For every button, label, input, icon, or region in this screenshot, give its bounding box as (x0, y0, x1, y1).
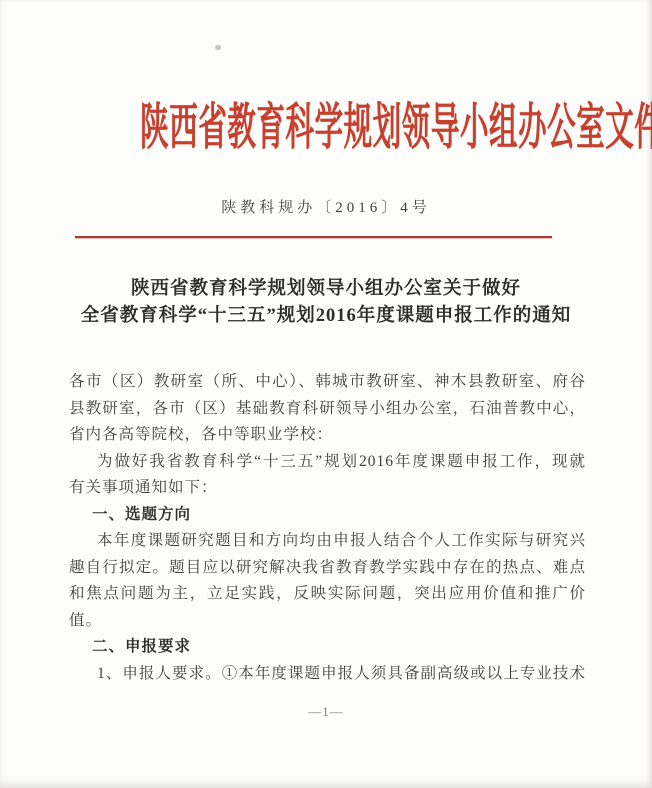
body-line: 有关事项通知如下： (69, 475, 586, 502)
document-header-banner: 陕西省教育科学规划领导小组办公室文件 (140, 99, 512, 155)
section-heading: 一、选题方向 (69, 502, 586, 529)
section-heading: 二、申报要求 (69, 634, 586, 661)
body-line: 省内各高等院校，各中等职业学校： (69, 422, 586, 449)
page-number: —1— (0, 704, 652, 720)
body-line: 1、申报人要求。①本年度课题申报人须具备副高级或以上专业技术 (69, 661, 586, 688)
body-line: 和焦点问题为主，立足实践，反映实际问题，突出应用价值和推广价 (69, 581, 586, 608)
body-line: 各市（区）教研室（所、中心）、韩城市教研室、神木县教研室、府谷 (69, 369, 586, 396)
document-title-line-2: 全省教育科学“十三五”规划2016年度课题申报工作的通知 (0, 303, 652, 330)
document-number: 陕教科规办〔2016〕4号 (0, 198, 652, 218)
scanned-document-page: 陕西省教育科学规划领导小组办公室文件 陕教科规办〔2016〕4号 陕西省教育科学… (0, 0, 652, 788)
body-line: 为做好我省教育科学“十三五”规划2016年度课题申报工作，现就 (69, 449, 586, 476)
scan-speck (215, 45, 221, 50)
body-line: 县教研室，各市（区）基础教育科研领导小组办公室，石油普教中心， (69, 396, 586, 423)
document-title: 陕西省教育科学规划领导小组办公室关于做好 全省教育科学“十三五”规划2016年度… (0, 276, 652, 330)
document-body: 各市（区）教研室（所、中心）、韩城市教研室、神木县教研室、府谷县教研室，各市（区… (69, 369, 586, 687)
red-divider-rule (75, 236, 552, 238)
body-line: 趣自行拟定。题目应以研究解决我省教育教学实践中存在的热点、难点 (69, 555, 586, 582)
body-line: 值。 (69, 608, 586, 635)
body-line: 本年度课题研究题目和方向均由申报人结合个人工作实际与研究兴 (69, 528, 586, 555)
document-title-line-1: 陕西省教育科学规划领导小组办公室关于做好 (0, 276, 652, 303)
